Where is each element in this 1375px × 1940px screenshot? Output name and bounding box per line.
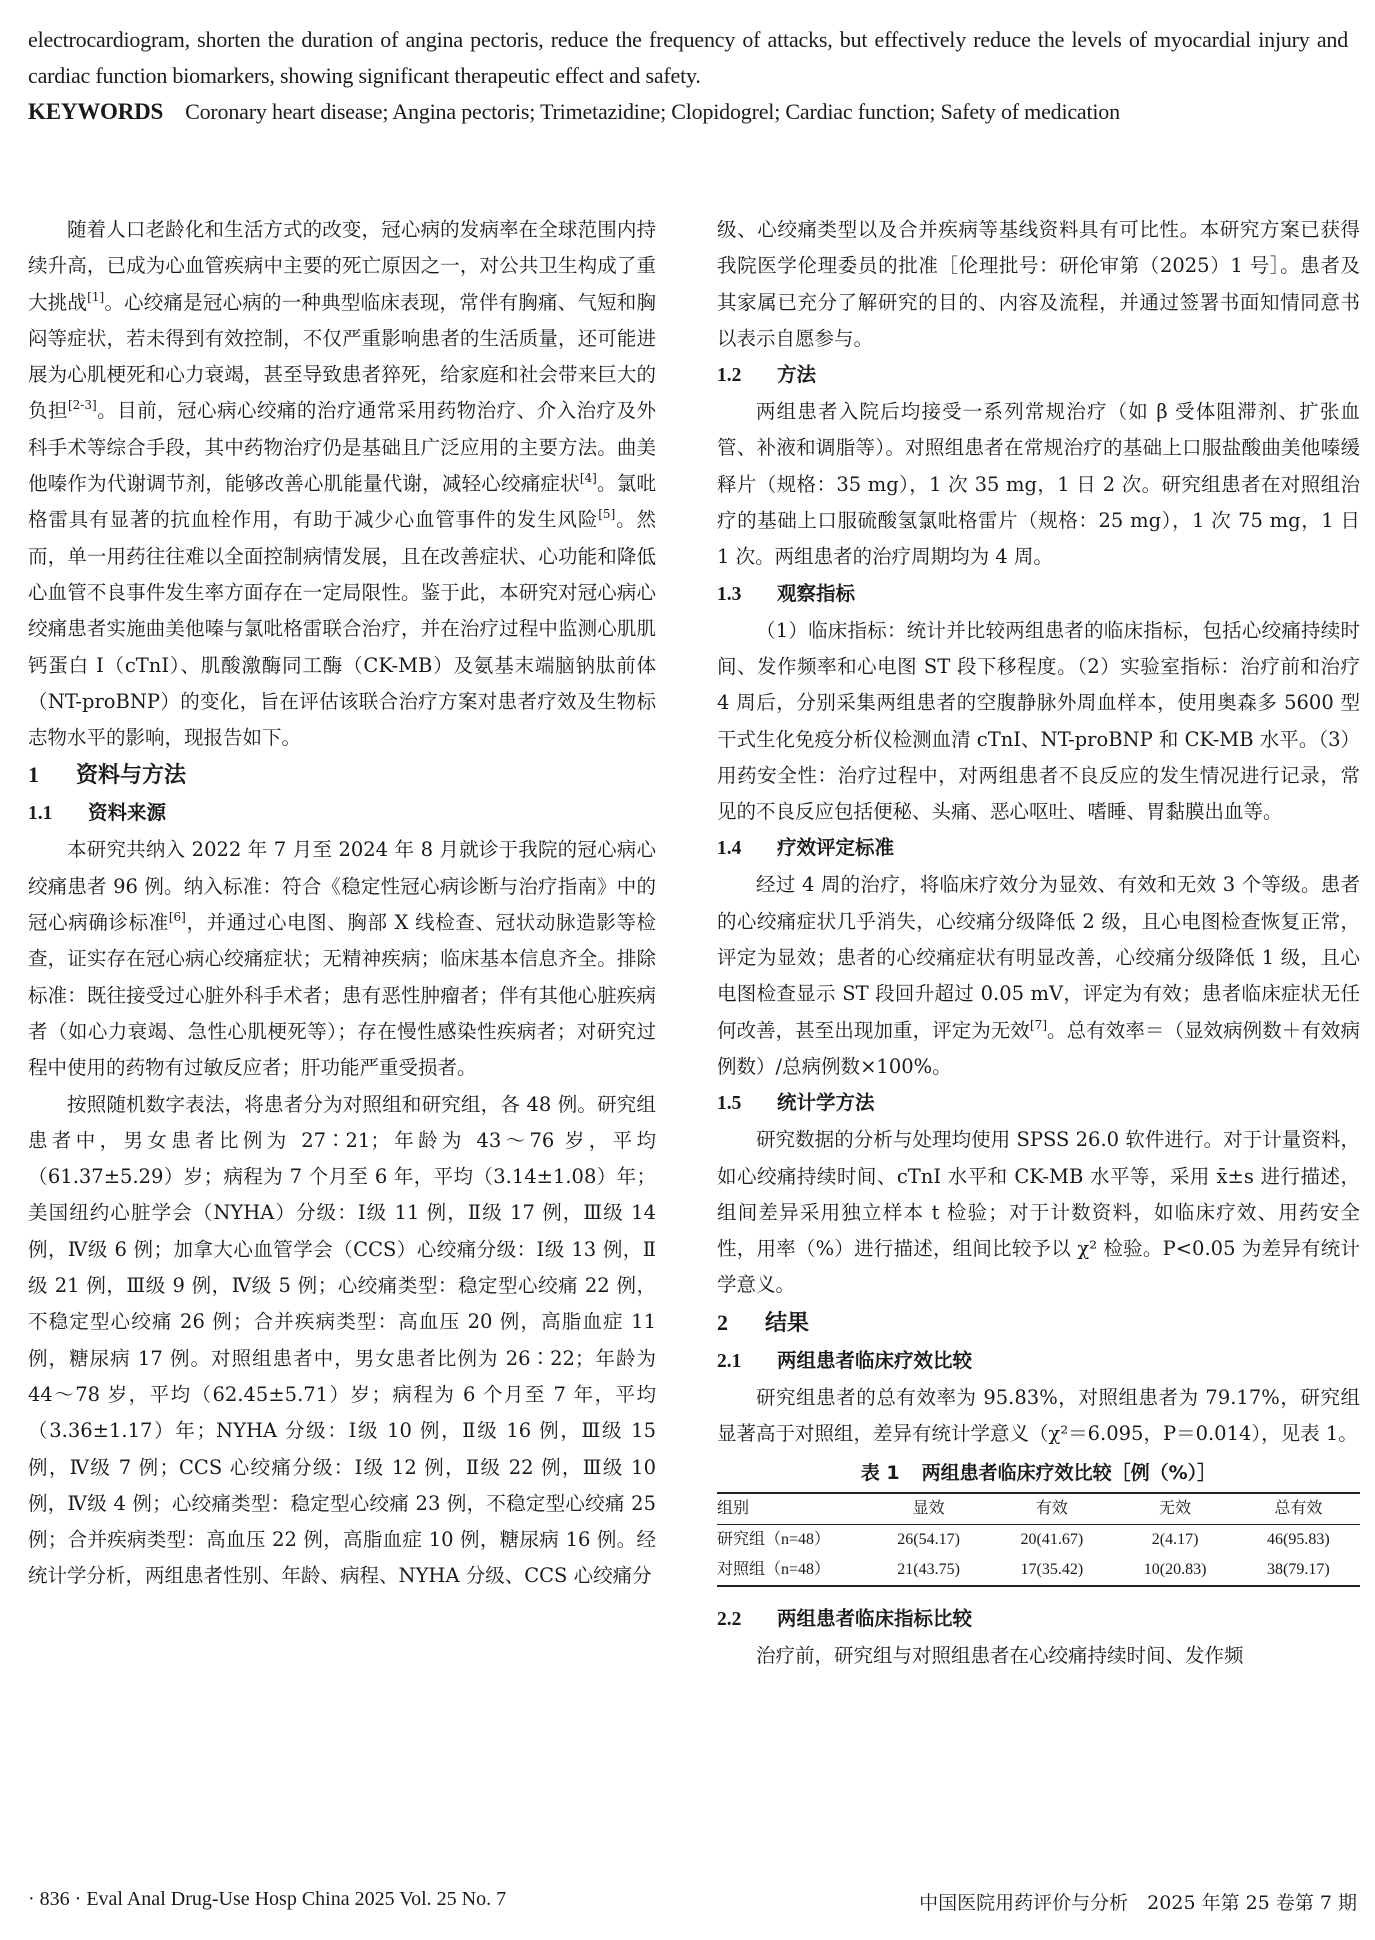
section-heading-2-1: 2.1两组患者临床疗效比较 [717, 1343, 1360, 1380]
left-column: 随着人口老龄化和生活方式的改变，冠心病的发病率在全球范围内持续升高，已成为心血管… [28, 212, 656, 1595]
section-heading-1-5: 1.5统计学方法 [717, 1085, 1360, 1122]
footer-journal-zh: 中国医院用药评价与分析 2025 年第 25 卷第 7 期 [919, 1888, 1357, 1915]
col-header: 无效 [1114, 1493, 1237, 1525]
citation: [6] [169, 910, 186, 924]
section-heading-1-4: 1.4疗效评定标准 [717, 830, 1360, 867]
statistics-paragraph: 研究数据的分析与处理均使用 SPSS 26.0 软件进行。对于计量资料，如心绞痛… [717, 1122, 1360, 1303]
section-heading-2-2: 2.2两组患者临床指标比较 [717, 1601, 1360, 1638]
keywords-text: Coronary heart disease; Angina pectoris;… [185, 99, 1120, 124]
efficacy-result-paragraph: 研究组患者的总有效率为 95.83%，对照组患者为 79.17%，研究组显著高于… [717, 1380, 1360, 1453]
keywords-label: KEYWORDS [28, 99, 163, 124]
right-column: 级、心绞痛类型以及合并疾病等基线资料具有可比性。本研究方案已获得我院医学伦理委员… [717, 212, 1360, 1675]
abstract-continuation: electrocardiogram, shorten the duration … [28, 22, 1348, 94]
efficacy-criteria-paragraph: 经过 4 周的治疗，将临床疗效分为显效、有效和无效 3 个等级。患者的心绞痛症状… [717, 867, 1360, 1085]
section-heading-2: 2结果 [717, 1304, 1360, 1343]
data-source-paragraph: 本研究共纳入 2022 年 7 月至 2024 年 8 月就诊于我院的冠心病心绞… [28, 832, 656, 1086]
table-row: 对照组（n=48） 21(43.75) 17(35.42) 10(20.83) … [717, 1555, 1360, 1586]
section-heading-1: 1资料与方法 [28, 756, 656, 795]
table-1: 组别 显效 有效 无效 总有效 研究组（n=48） 26(54.17) 20(4… [717, 1492, 1360, 1587]
section-heading-1-1: 1.1资料来源 [28, 795, 656, 832]
table-1-label: 表 1 [861, 1462, 900, 1484]
table-row: 研究组（n=48） 26(54.17) 20(41.67) 2(4.17) 46… [717, 1525, 1360, 1556]
grouping-paragraph: 按照随机数字表法，将患者分为对照组和研究组，各 48 例。研究组患者中，男女患者… [28, 1087, 656, 1595]
methods-paragraph: 两组患者入院后均接受一系列常规治疗（如 β 受体阻滞剂、扩张血管、补液和调脂等）… [717, 394, 1360, 575]
clinical-indicators-paragraph: 治疗前，研究组与对照组患者在心绞痛持续时间、发作频 [717, 1638, 1360, 1674]
baseline-continuation: 级、心绞痛类型以及合并疾病等基线资料具有可比性。本研究方案已获得我院医学伦理委员… [717, 212, 1360, 357]
section-heading-1-3: 1.3观察指标 [717, 576, 1360, 613]
english-abstract: electrocardiogram, shorten the duration … [28, 22, 1348, 130]
col-header: 有效 [990, 1493, 1113, 1525]
col-header: 总有效 [1237, 1493, 1360, 1525]
footer-journal-en: · 836 · Eval Anal Drug-Use Hosp China 20… [28, 1888, 506, 1911]
citation: [7] [1030, 1018, 1047, 1032]
citation: [2-3] [68, 398, 97, 412]
intro-paragraph: 随着人口老龄化和生活方式的改变，冠心病的发病率在全球范围内持续升高，已成为心血管… [28, 212, 656, 756]
citation: [5] [598, 507, 615, 521]
keywords-line: KEYWORDSCoronary heart disease; Angina p… [28, 94, 1348, 130]
table-1-title: 表 1两组患者临床疗效比较［例（%）］ [717, 1456, 1360, 1490]
indicators-paragraph: （1）临床指标：统计并比较两组患者的临床指标，包括心绞痛持续时间、发作频率和心电… [717, 613, 1360, 831]
citation: [4] [580, 471, 597, 485]
section-heading-1-2: 1.2方法 [717, 357, 1360, 394]
citation: [1] [87, 290, 104, 304]
col-header: 组别 [717, 1493, 867, 1525]
col-header: 显效 [867, 1493, 990, 1525]
table-header-row: 组别 显效 有效 无效 总有效 [717, 1493, 1360, 1525]
